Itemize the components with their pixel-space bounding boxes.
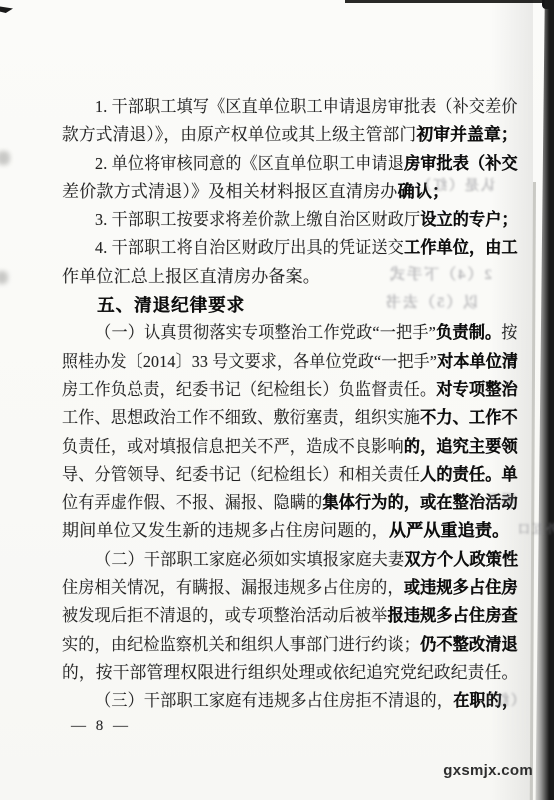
text-segment-bold: 人的责任。单	[420, 465, 518, 484]
text-line: 的，按干部管理权限进行组织处理或依纪追究党纪政纪责任。	[62, 659, 510, 687]
text-line: 2. 单位将审核同意的《区直单位职工申请退房审批表（补交	[62, 150, 493, 178]
text-segment-bold: 报违规多占住房查	[387, 606, 517, 625]
text-segment-bold: 或违规多占住房	[404, 578, 518, 597]
text-segment: 导、分管领导、纪委书记（纪检组长）和相关责任	[62, 465, 420, 484]
text-line: 4. 干部职工将自治区财政厅出具的凭证送交工作单位，由工	[62, 234, 493, 262]
text-segment: 4. 干部职工将自治区财政厅出具的凭证送交	[95, 238, 404, 257]
scan-smudge	[0, 151, 10, 165]
text-segment: 负责任，或对填报信息把关不严，造成不良影响	[62, 437, 404, 456]
scan-smudge	[0, 271, 8, 284]
text-line: 位有弄虚作假、不报、漏报、隐瞒的集体行为的，或在整治活动	[62, 489, 493, 517]
text-line: （三）干部职工家庭有违规多占住房拒不清退的，在职的，	[62, 687, 493, 715]
text-segment-bold: 对专项整治	[436, 380, 517, 399]
scan-page: 1. 干部职工填写《区直单位职工申请退房审批表（补交差价款方式清退）》，由原产权…	[0, 0, 554, 800]
text-segment-bold: 负责制。	[436, 323, 501, 342]
text-segment: 照桂办发〔2014〕33 号文要求，各单位党政“一把手”	[62, 352, 437, 371]
scan-right-edge-shadow	[532, 0, 554, 800]
text-line: （一）认真贯彻落实专项整治工作党政“一把手”负责制。按	[62, 319, 494, 347]
text-line: 3. 干部职工按要求将差价款上缴自治区财政厅设立的专户；	[62, 206, 493, 234]
text-segment-bold: 房审批表（补交	[404, 154, 518, 173]
text-segment: 期间单位又发生新的违规多占住房问题的，	[62, 521, 389, 540]
text-segment-bold: 仍不整改清退	[420, 635, 518, 654]
bleedthrough-mark: 明王（	[470, 489, 515, 508]
text-line: 房工作负总责，纪委书记（纪检组长）负监督责任。对专项整治	[62, 376, 493, 404]
text-segment: 的，按干部管理权限进行组织处理或依纪追究党纪政纪责任。	[62, 663, 518, 682]
text-line: （二）干部职工家庭必须如实填报家庭夫妻双方个人政策性	[62, 546, 493, 574]
text-line: 被发现后拒不清退的，或专项整治活动后被举报违规多占住房查	[62, 602, 493, 630]
text-segment-bold: 初审并盖章；	[416, 125, 517, 144]
text-segment: 住房相关情况，有瞒报、漏报违规多占住房的，	[62, 578, 404, 597]
bleedthrough-mark: 外互口	[516, 520, 554, 537]
watermark: gxsmjx.com	[443, 762, 533, 779]
text-segment: 作单位汇总上报区直清房办备案。	[62, 267, 320, 286]
text-line: 导、分管领导、纪委书记（纪检组长）和相关责任人的责任。单	[62, 461, 493, 489]
text-line: 款方式清退）》，由原产权单位或其上级主管部门初审并盖章；	[62, 121, 509, 149]
text-segment: 1. 干部职工填写《区直单位职工申请退房审批表（补交差价	[95, 97, 518, 116]
text-segment: （一）认真贯彻落实专项整治工作党政“一把手”	[95, 323, 436, 342]
text-segment-bold: 从严从重追责。	[389, 521, 509, 540]
text-segment: 按	[501, 323, 517, 342]
text-line: 负责任，或对填报信息把关不严，造成不良影响的，追究主要领	[62, 433, 493, 461]
text-segment-bold: 工作单位，由工	[404, 238, 518, 257]
text-line: 照桂办发〔2014〕33 号文要求，各单位党政“一把手”对本单位清	[62, 348, 491, 376]
scan-left-edge-mark	[0, 6, 13, 13]
text-segment: 实的，由纪检监察机关和组织人事部门进行约谈；	[62, 635, 420, 654]
text-segment-bold: 双方个人政策性	[404, 550, 518, 569]
bleedthrough-mark: 以（5）去书	[384, 291, 479, 312]
text-line: 期间单位又发生新的违规多占住房问题的，从严从重追责。	[62, 517, 518, 545]
text-segment: 2. 单位将审核同意的《区直单位职工申请退	[95, 154, 404, 173]
text-segment: 房工作负总责，纪委书记（纪检组长）负监督责任。	[62, 380, 436, 399]
text-line: 实的，由纪检监察机关和组织人事部门进行约谈；仍不整改清退	[62, 631, 493, 659]
page-number: — 8 —	[71, 718, 131, 735]
text-segment-bold: 五、清退纪律要求	[97, 295, 245, 315]
text-segment: 位有弄虚作假、不报、漏报、隐瞒的	[62, 493, 322, 512]
text-segment: 差价款方式清退）》及相关材料报区直清房办	[62, 182, 398, 201]
text-segment: （二）干部职工家庭必须如实填报家庭夫妻	[95, 550, 404, 569]
text-line: 工作、思想政治工作不细致、敷衍塞责，组织实施不力、工作不	[62, 404, 493, 432]
text-segment: 工作、思想政治工作不细致、敷衍塞责，组织实施	[62, 408, 420, 427]
text-segment: 3. 干部职工按要求将差价款上缴自治区财政厅	[95, 210, 420, 229]
text-segment-bold: 对本单位清	[437, 352, 518, 371]
text-segment-bold: 设立的专户；	[420, 210, 517, 229]
bleedthrough-mark: 2（4）下手式	[388, 263, 492, 284]
text-segment-bold: 的，追究主要领	[404, 437, 518, 456]
text-segment: 款方式清退）》，由原产权单位或其上级主管部门	[62, 125, 416, 144]
bleedthrough-mark: 认是（红）	[415, 175, 495, 195]
text-segment: （三）干部职工家庭有违规多占住房拒不清退的，	[95, 691, 453, 710]
text-line: 住房相关情况，有瞒报、漏报违规多占住房的，或违规多占住房	[62, 574, 493, 602]
bleedthrough-mark: （红）	[477, 690, 525, 710]
text-segment-bold: 不力、工作不	[420, 408, 518, 427]
text-line: 1. 干部职工填写《区直单位职工申请退房审批表（补交差价	[62, 93, 493, 121]
text-segment: 被发现后拒不清退的，或专项整治活动后被举	[62, 606, 387, 625]
